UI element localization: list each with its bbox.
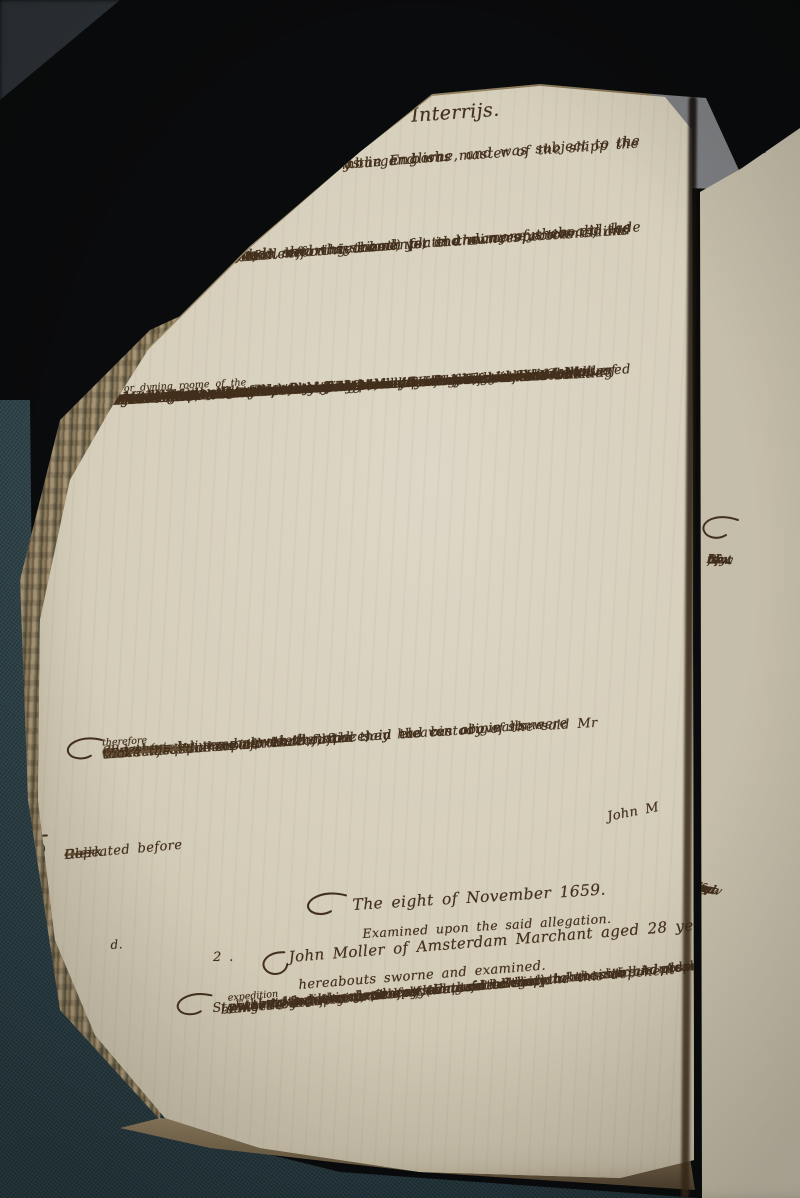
initial-flourish-icon [171, 991, 217, 1021]
manuscript-line: cades and other goods, and they came yet… [102, 213, 701, 252]
initial-flourish-icon [302, 890, 352, 921]
backdrop-shadow [0, 0, 260, 200]
fragment-line: Dol [744, 134, 800, 137]
left-manuscript-page: To the Interrijs. To the first he saith … [0, 0, 800, 1198]
paragraph-eighth-interrogatory: To the eighth he saith that this deponen… [100, 357, 699, 390]
right-page-line-fragments-middle: totwh wokistowof tAmofoffoaof tmytowReof… [708, 548, 798, 551]
fragment-line: ged [744, 134, 800, 137]
paragraph-fourth-interrogatory: To the fourth he saith that all the said… [102, 704, 701, 742]
fragment-line: au [744, 134, 800, 137]
fragment-line: fur [744, 134, 800, 137]
initial-flourish-icon [62, 248, 108, 277]
paragraph-second-interrogatory: To the second he saith he carried both p… [102, 212, 701, 254]
fragment-line: li [744, 134, 800, 137]
initial-flourish-icon [58, 164, 104, 193]
name-flourish-icon [254, 948, 293, 985]
manuscript-photo: To the Interrijs. To the first he saith … [0, 0, 800, 1198]
fragment-line: 50 [744, 134, 800, 137]
fragment-line: to [744, 134, 800, 137]
fragment-flourish-icon [696, 514, 742, 544]
fragment-line: of t [708, 548, 798, 551]
fragment-line: and [744, 134, 800, 137]
paragraph-first-article: To the first article of the said allegat… [158, 953, 736, 1004]
fragment-line: m [744, 134, 800, 137]
right-page-line-fragments-bottom: andandandtothato wtimto othedepof thenom… [696, 877, 800, 900]
initial-flourish-icon [62, 736, 108, 765]
heading-flourish-icon [271, 100, 335, 140]
fragment-line: hi [744, 134, 800, 137]
fragment-line: pr [744, 134, 800, 137]
fragment-line: p [744, 134, 800, 137]
fragment-line: an [744, 134, 800, 137]
manuscript-line: dayes (as he remembreth the space) in th… [102, 706, 701, 741]
paragraph-first-interrogatory: To the first he saith he is a Hamburger … [98, 125, 696, 170]
right-page-line-fragments-top: andpprmanauhigedDol50tolifur [744, 134, 800, 137]
